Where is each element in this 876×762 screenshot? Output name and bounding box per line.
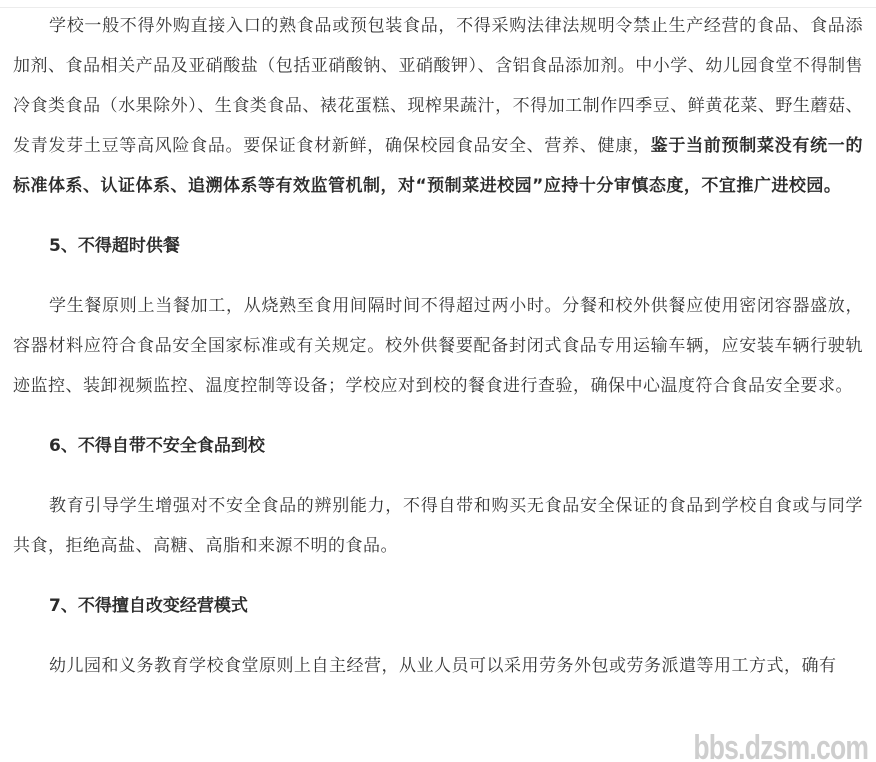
spacer (13, 406, 863, 426)
section-heading-6: 6、不得自带不安全食品到校 (13, 426, 863, 466)
spacer (13, 626, 863, 646)
section-heading-7: 7、不得擅自改变经营模式 (13, 586, 863, 626)
section-body-7: 幼儿园和义务教育学校食堂原则上自主经营，从业人员可以采用劳务外包或劳务派遣等用工… (13, 646, 863, 686)
spacer (13, 566, 863, 586)
section-body-5: 学生餐原则上当餐加工，从烧熟至食用间隔时间不得超过两小时。分餐和校外供餐应使用密… (13, 286, 863, 406)
spacer (13, 206, 863, 226)
spacer (13, 466, 863, 486)
section-body-6: 教育引导学生增强对不安全食品的辨别能力，不得自带和购买无食品安全保证的食品到学校… (13, 486, 863, 566)
intro-text: 学校一般不得外购直接入口的熟食品或预包装食品，不得采购法律法规明令禁止生产经营的… (13, 16, 863, 156)
spacer (13, 266, 863, 286)
intro-paragraph: 学校一般不得外购直接入口的熟食品或预包装食品，不得采购法律法规明令禁止生产经营的… (13, 6, 863, 206)
section-heading-5: 5、不得超时供餐 (13, 226, 863, 266)
site-watermark: bbs.dzsm.com (693, 729, 868, 762)
article-body: 学校一般不得外购直接入口的熟食品或预包装食品，不得采购法律法规明令禁止生产经营的… (13, 6, 863, 686)
